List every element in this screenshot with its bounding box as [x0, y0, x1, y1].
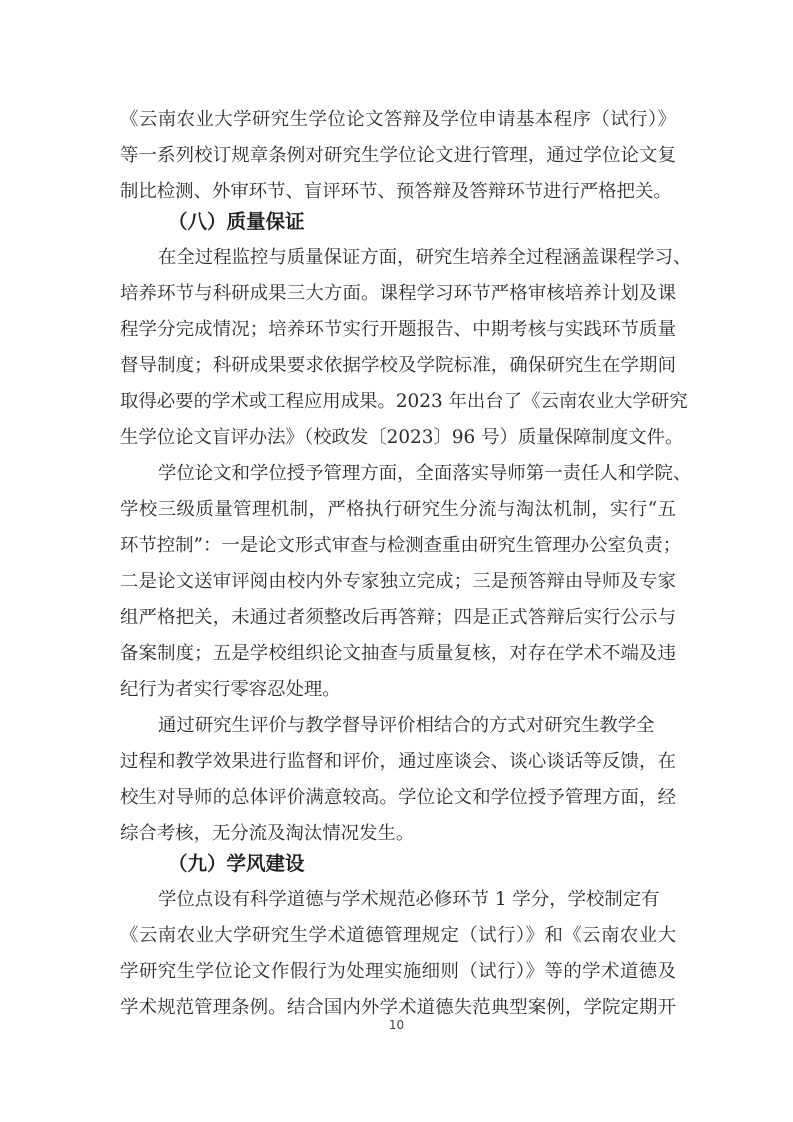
document-page: 《云南农业大学研究生学位论文答辩及学位申请基本程序（试行）》 等一系列校订规章条… — [0, 0, 793, 1122]
text-line: 督导制度；科研成果要求依据学校及学院标准，确保研究生在学期间 — [120, 348, 676, 384]
text-line: 取得必要的学术或工程应用成果。2023 年出台了《云南农业大学研究 — [120, 384, 676, 420]
text-line: 《云南农业大学研究生学位论文答辩及学位申请基本程序（试行）》 — [120, 102, 676, 138]
text-line: 过程和教学效果进行监督和评价，通过座谈会、谈心谈话等反馈，在 — [120, 744, 676, 780]
text-line: 综合考核，无分流及淘汰情况发生。 — [120, 816, 676, 852]
section-heading-academic-ethos: （九）学风建设 — [120, 849, 676, 879]
text-line: 学位论文和学位授予管理方面，全面落实导师第一责任人和学院、 — [120, 456, 676, 492]
text-line: 学位点设有科学道德与学术规范必修环节 1 学分，学校制定有 — [120, 882, 676, 918]
text-line: 纪行为者实行零容忍处理。 — [120, 672, 676, 708]
text-line: 培养环节与科研成果三大方面。课程学习环节严格审核培养计划及课 — [120, 276, 676, 312]
paragraph-quality-monitoring: 在全过程监控与质量保证方面，研究生培养全过程涵盖课程学习、 培养环节与科研成果三… — [120, 240, 676, 456]
paragraph-thesis-management: 学位论文和学位授予管理方面，全面落实导师第一责任人和学院、 学校三级质量管理机制… — [120, 456, 676, 708]
text-line: 程学分完成情况；培养环节实行开题报告、中期考核与实践环节质量 — [120, 312, 676, 348]
paragraph-academic-ethics: 学位点设有科学道德与学术规范必修环节 1 学分，学校制定有 《云南农业大学研究生… — [120, 882, 676, 1026]
text-line: 备案制度；五是学校组织论文抽查与质量复核，对存在学术不端及违 — [120, 636, 676, 672]
section-heading-quality-assurance: （八）质量保证 — [120, 207, 676, 237]
text-line: 制比检测、外审环节、盲评环节、预答辩及答辩环节进行严格把关。 — [120, 174, 676, 210]
body-text: 《云南农业大学研究生学位论文答辩及学位申请基本程序（试行）》 等一系列校订规章条… — [120, 102, 676, 1026]
text-line: 学研究生学位论文作假行为处理实施细则（试行）》等的学术道德及 — [120, 954, 676, 990]
text-line: 《云南农业大学研究生学术道德管理规定（试行）》和《云南农业大 — [120, 918, 676, 954]
text-line: 通过研究生评价与教学督导评价相结合的方式对研究生教学全 — [120, 708, 676, 744]
page-number: 10 — [0, 1018, 793, 1032]
text-line: 环节控制”：一是论文形式审查与检测查重由研究生管理办公室负责； — [120, 528, 676, 564]
text-line: 组严格把关，未通过者须整改后再答辩；四是正式答辩后实行公示与 — [120, 600, 676, 636]
paragraph-evaluation: 通过研究生评价与教学督导评价相结合的方式对研究生教学全 过程和教学效果进行监督和… — [120, 708, 676, 852]
text-line: 生学位论文盲评办法》（校政发〔2023〕96 号）质量保障制度文件。 — [120, 420, 676, 456]
text-line: 二是论文送审评阅由校内外专家独立完成；三是预答辩由导师及专家 — [120, 564, 676, 600]
text-line: 在全过程监控与质量保证方面，研究生培养全过程涵盖课程学习、 — [120, 240, 676, 276]
text-line: 等一系列校订规章条例对研究生学位论文进行管理，通过学位论文复 — [120, 138, 676, 174]
text-line: 学校三级质量管理机制，严格执行研究生分流与淘汰机制，实行“五 — [120, 492, 676, 528]
text-line: 校生对导师的总体评价满意较高。学位论文和学位授予管理方面，经 — [120, 780, 676, 816]
paragraph-continuation: 《云南农业大学研究生学位论文答辩及学位申请基本程序（试行）》 等一系列校订规章条… — [120, 102, 676, 210]
